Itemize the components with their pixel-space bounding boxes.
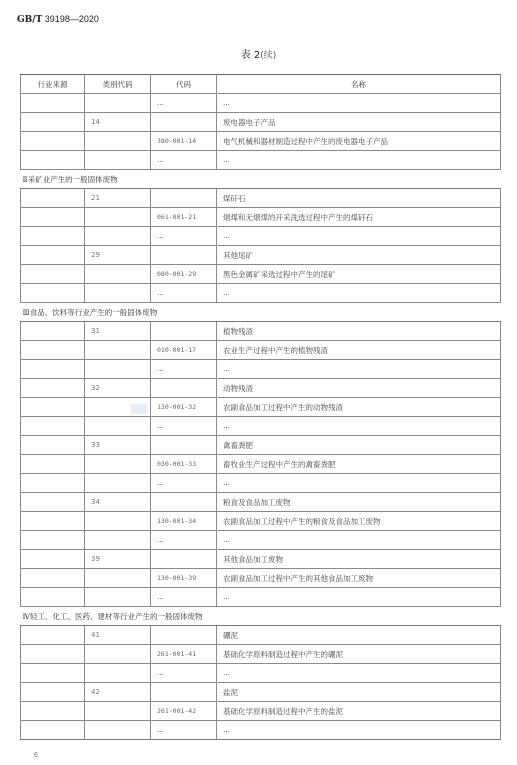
cell-code [151, 493, 217, 512]
cell-industry-source [21, 417, 85, 436]
cell-name: 硼泥 [217, 626, 501, 645]
table-row: 010-001-17农业生产过程中产生的植物残渣 [21, 341, 501, 360]
cell-name: … [217, 151, 501, 170]
cell-category-code [85, 512, 151, 531]
table-row: 130-001-32农副食品加工过程中产生的动物残渣 [21, 398, 501, 417]
cell-name: … [217, 360, 501, 379]
cell-code [151, 322, 217, 341]
cell-category-code: 21 [85, 189, 151, 208]
cell-industry-source [21, 208, 85, 227]
cell-category-code: 31 [85, 322, 151, 341]
cell-code [151, 189, 217, 208]
cell-category-code [85, 702, 151, 721]
cell-code: … [151, 664, 217, 683]
cell-industry-source [21, 455, 85, 474]
column-header-name: 名称 [217, 75, 501, 94]
cell-code: 061-001-21 [151, 208, 217, 227]
table-body: ……14废电器电子产品380-001-14电气机械和器材制造过程中产生的废电器电… [21, 94, 501, 740]
cell-name: … [217, 588, 501, 607]
cell-industry-source [21, 189, 85, 208]
cell-code: … [151, 721, 217, 740]
cell-category-code [85, 531, 151, 550]
cell-name: 基础化学原料制造过程中产生的硼泥 [217, 645, 501, 664]
cell-category-code [85, 208, 151, 227]
table-row: …… [21, 664, 501, 683]
cell-category-code: 14 [85, 113, 151, 132]
cell-category-code [85, 341, 151, 360]
cell-code [151, 113, 217, 132]
cell-industry-source [21, 588, 85, 607]
cell-category-code: 33 [85, 436, 151, 455]
cell-industry-source [21, 493, 85, 512]
cell-industry-source [21, 284, 85, 303]
cell-industry-source [21, 265, 85, 284]
cell-name: … [217, 227, 501, 246]
cell-category-code [85, 151, 151, 170]
table-row: 42盐泥 [21, 683, 501, 702]
cell-category-code [85, 265, 151, 284]
cell-name: … [217, 531, 501, 550]
cell-code: 030-001-33 [151, 455, 217, 474]
cell-industry-source [21, 379, 85, 398]
cell-code: 010-001-17 [151, 341, 217, 360]
cell-code: 130-001-32 [151, 398, 217, 417]
section-title: Ⅳ轻工、化工、医药、建材等行业产生的一般固体废物 [21, 607, 501, 626]
cell-name: 煤矸石 [217, 189, 501, 208]
cell-name: 农副食品加工过程中产生的其他食品加工废物 [217, 569, 501, 588]
cell-category-code [85, 569, 151, 588]
cell-code: … [151, 284, 217, 303]
cell-code: 130-001-39 [151, 569, 217, 588]
cell-code: … [151, 151, 217, 170]
cell-industry-source [21, 474, 85, 493]
table-row: 130-001-39农副食品加工过程中产生的其他食品加工废物 [21, 569, 501, 588]
table-title: 表 2(续) [0, 46, 517, 61]
cell-code: … [151, 588, 217, 607]
cell-name: … [217, 721, 501, 740]
cell-code [151, 550, 217, 569]
table-row: 061-001-21烟煤和无烟煤的开采洗选过程中产生的煤矸石 [21, 208, 501, 227]
cell-name: 基础化学原料制造过程中产生的盐泥 [217, 702, 501, 721]
cell-industry-source [21, 664, 85, 683]
cell-code: … [151, 360, 217, 379]
cell-industry-source [21, 683, 85, 702]
table-row: 29其他尾矿 [21, 246, 501, 265]
cell-category-code [85, 360, 151, 379]
section-header-row: Ⅲ食品、饮料等行业产生的一般固体废物 [21, 303, 501, 322]
table-row: 32动物残渣 [21, 379, 501, 398]
cell-industry-source [21, 626, 85, 645]
cell-name: 农业生产过程中产生的植物残渣 [217, 341, 501, 360]
cell-category-code: 34 [85, 493, 151, 512]
cell-code [151, 626, 217, 645]
cell-category-code [85, 588, 151, 607]
table-row: …… [21, 474, 501, 493]
cell-name: … [217, 94, 501, 113]
cell-code: 261-001-41 [151, 645, 217, 664]
section-header-row: Ⅳ轻工、化工、医药、建材等行业产生的一般固体废物 [21, 607, 501, 626]
section-header-row: Ⅱ采矿业产生的一般固体废物 [21, 170, 501, 189]
cell-industry-source [21, 531, 85, 550]
column-header-code: 代码 [151, 75, 217, 94]
cell-industry-source [21, 113, 85, 132]
table-row: 130-001-34农副食品加工过程中产生的粮食及食品加工废物 [21, 512, 501, 531]
cell-industry-source [21, 398, 85, 417]
cell-category-code: 42 [85, 683, 151, 702]
cell-name: … [217, 474, 501, 493]
table-row: …… [21, 284, 501, 303]
table-row: …… [21, 94, 501, 113]
column-header-industry-source: 行业来源 [21, 75, 85, 94]
cell-name: … [217, 664, 501, 683]
cell-code [151, 246, 217, 265]
table-row: …… [21, 417, 501, 436]
cell-industry-source [21, 721, 85, 740]
cell-industry-source [21, 227, 85, 246]
cell-code: 380-001-14 [151, 132, 217, 151]
section-title: Ⅱ采矿业产生的一般固体废物 [21, 170, 501, 189]
cell-code: 261-001-42 [151, 702, 217, 721]
cell-industry-source [21, 246, 85, 265]
cell-code: … [151, 531, 217, 550]
cell-industry-source [21, 645, 85, 664]
cell-industry-source [21, 550, 85, 569]
cell-industry-source [21, 360, 85, 379]
table-row: 14废电器电子产品 [21, 113, 501, 132]
cell-category-code [85, 645, 151, 664]
table-row: 261-001-42基础化学原料制造过程中产生的盐泥 [21, 702, 501, 721]
table-row: 380-001-14电气机械和器材制造过程中产生的废电器电子产品 [21, 132, 501, 151]
cell-industry-source [21, 322, 85, 341]
page-number: 6 [34, 752, 38, 759]
table-row: 31植物残渣 [21, 322, 501, 341]
table-row: …… [21, 360, 501, 379]
table-row: 261-001-41基础化学原料制造过程中产生的硼泥 [21, 645, 501, 664]
cell-name: 废电器电子产品 [217, 113, 501, 132]
cell-category-code: 29 [85, 246, 151, 265]
table-row: 41硼泥 [21, 626, 501, 645]
cell-code: … [151, 417, 217, 436]
cell-category-code [85, 721, 151, 740]
cell-category-code: 41 [85, 626, 151, 645]
cell-code [151, 683, 217, 702]
cell-industry-source [21, 151, 85, 170]
cell-name: 动物残渣 [217, 379, 501, 398]
cell-category-code [85, 132, 151, 151]
standard-code: GB/T 39198—2020 [17, 14, 99, 25]
cell-name: 植物残渣 [217, 322, 501, 341]
cell-name: 黑色金属矿采选过程中产生的尾矿 [217, 265, 501, 284]
table-row: 080-001-29黑色金属矿采选过程中产生的尾矿 [21, 265, 501, 284]
cell-name: 畜牧业生产过程中产生的禽畜粪肥 [217, 455, 501, 474]
section-title: Ⅲ食品、饮料等行业产生的一般固体废物 [21, 303, 501, 322]
cell-category-code [85, 664, 151, 683]
table-row: …… [21, 531, 501, 550]
table-row: …… [21, 227, 501, 246]
table-row: 33禽畜粪肥 [21, 436, 501, 455]
cell-category-code [85, 227, 151, 246]
table-row: …… [21, 151, 501, 170]
cell-industry-source [21, 132, 85, 151]
table-row: …… [21, 721, 501, 740]
cell-category-code [85, 455, 151, 474]
cell-code [151, 436, 217, 455]
cell-category-code [85, 474, 151, 493]
table-row: …… [21, 588, 501, 607]
cell-name: 农副食品加工过程中产生的动物残渣 [217, 398, 501, 417]
cell-name: 烟煤和无烟煤的开采洗选过程中产生的煤矸石 [217, 208, 501, 227]
cell-name: 农副食品加工过程中产生的粮食及食品加工废物 [217, 512, 501, 531]
table-row: 21煤矸石 [21, 189, 501, 208]
table-row: 030-001-33畜牧业生产过程中产生的禽畜粪肥 [21, 455, 501, 474]
table-label: 表 2 [241, 50, 261, 61]
cell-code: 130-001-34 [151, 512, 217, 531]
table-header-row: 行业来源 类别代码 代码 名称 [21, 75, 501, 94]
cell-category-code [85, 417, 151, 436]
cell-category-code [85, 94, 151, 113]
cell-name: 其他食品加工废物 [217, 550, 501, 569]
cell-industry-source [21, 341, 85, 360]
cell-name: 盐泥 [217, 683, 501, 702]
cell-name: … [217, 417, 501, 436]
watermark-logo [131, 404, 147, 414]
cell-code: 080-001-29 [151, 265, 217, 284]
cell-industry-source [21, 702, 85, 721]
table-row: 39其他食品加工废物 [21, 550, 501, 569]
cell-category-code: 39 [85, 550, 151, 569]
cell-industry-source [21, 512, 85, 531]
cell-category-code: 32 [85, 379, 151, 398]
cell-category-code [85, 284, 151, 303]
cell-code: … [151, 94, 217, 113]
cell-code: … [151, 227, 217, 246]
cell-industry-source [21, 569, 85, 588]
cell-name: … [217, 284, 501, 303]
cell-name: 其他尾矿 [217, 246, 501, 265]
cell-name: 电气机械和器材制造过程中产生的废电器电子产品 [217, 132, 501, 151]
cell-code: … [151, 474, 217, 493]
column-header-category-code: 类别代码 [85, 75, 151, 94]
standard-prefix: GB/T [17, 15, 42, 25]
waste-code-table: 行业来源 类别代码 代码 名称 ……14废电器电子产品380-001-14电气机… [20, 74, 501, 740]
table-continued: (续) [260, 51, 276, 61]
standard-number: 39198—2020 [45, 14, 99, 24]
cell-name: 粮食及食品加工废物 [217, 493, 501, 512]
cell-industry-source [21, 436, 85, 455]
cell-industry-source [21, 94, 85, 113]
cell-code [151, 379, 217, 398]
cell-name: 禽畜粪肥 [217, 436, 501, 455]
table-row: 34粮食及食品加工废物 [21, 493, 501, 512]
